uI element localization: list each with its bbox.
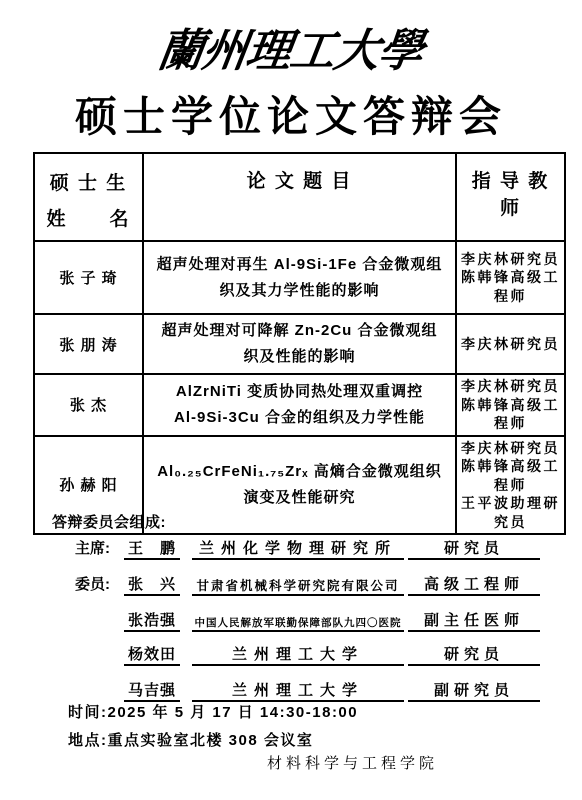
defense-schedule-table: 硕 士 生 姓 名 论 文 题 目 指 导 教 师 张 子 琦 超声处理对再生 … [33,152,566,535]
table-header-row: 硕 士 生 姓 名 论 文 题 目 指 导 教 师 [34,153,565,241]
table-row: 张 朋 涛 超声处理对可降解 Zn-2Cu 合金微观组 织及性能的影响 李庆林研… [34,314,565,374]
university-calligraphy-logo: 蘭州理工大學 [0,14,582,79]
member-name: 张浩强 [124,609,180,632]
advisor-names: 李庆林研究员 陈韩锋高级工程师 [456,241,565,314]
column-header-thesis-title: 论 文 题 目 [143,153,456,241]
member-affiliation: 兰州理工大学 [192,679,404,702]
member-affiliation: 甘肃省机械科学研究院有限公司 [192,573,404,596]
member-title: 副研究员 [408,679,540,702]
committee-section-heading: 答辩委员会组成: [52,511,166,532]
member-affiliation: 中国人民解放军联勤保障部队九四〇医院 [192,609,404,632]
committee-member-row: 委员: 张 兴 甘肃省机械科学研究院有限公司 高级工程师 [0,573,582,596]
member-name: 张 兴 [124,573,180,596]
thesis-title: Al₀.₂₅CrFeNi₁.₇₅Zrₓ 高熵合金微观组织 演变及性能研究 [143,436,456,535]
organizing-department: 材料科学与工程学院 [267,752,438,773]
member-role-label: 委员: [75,573,125,594]
event-location: 地点:重点实验室北楼 308 会议室 [68,729,313,750]
event-time: 时间:2025 年 5 月 17 日 14:30-18:00 [68,701,358,722]
student-header-line2: 姓 名 [38,202,139,238]
committee-member-row: 主席: 王 鹏 兰州化学物理研究所 研究员 [0,537,582,560]
member-title: 研究员 [408,643,540,666]
member-affiliation: 兰州化学物理研究所 [192,537,404,560]
defense-notice-page: 蘭州理工大學 硕士学位论文答辩会 硕 士 生 姓 名 论 文 题 目 指 导 教… [0,0,582,800]
table-row: 张 子 琦 超声处理对再生 Al-9Si-1Fe 合金微观组 织及其力学性能的影… [34,241,565,314]
thesis-title: 超声处理对可降解 Zn-2Cu 合金微观组 织及性能的影响 [143,314,456,374]
student-name: 张 子 琦 [34,241,143,314]
member-title: 高级工程师 [408,573,540,596]
member-name: 杨效田 [124,643,180,666]
member-title: 副主任医师 [408,609,540,632]
committee-member-row: 马吉强 兰州理工大学 副研究员 [0,679,582,702]
thesis-title: 超声处理对再生 Al-9Si-1Fe 合金微观组 织及其力学性能的影响 [143,241,456,314]
student-header-line1: 硕 士 生 [38,166,139,202]
member-name: 马吉强 [124,679,180,702]
committee-member-row: 杨效田 兰州理工大学 研究员 [0,643,582,666]
advisor-names: 李庆林研究员 [456,314,565,374]
committee-member-row: 张浩强 中国人民解放军联勤保障部队九四〇医院 副主任医师 [0,609,582,632]
page-title: 硕士学位论文答辩会 [0,84,582,144]
member-title: 研究员 [408,537,540,560]
member-name: 王 鹏 [124,537,180,560]
advisor-names: 李庆林研究员 陈韩锋高级工程师 [456,374,565,436]
thesis-title: AlZrNiTi 变质协同热处理双重调控 Al-9Si-3Cu 合金的组织及力学… [143,374,456,436]
student-name: 张 杰 [34,374,143,436]
table-row: 张 杰 AlZrNiTi 变质协同热处理双重调控 Al-9Si-3Cu 合金的组… [34,374,565,436]
student-name: 张 朋 涛 [34,314,143,374]
advisor-names: 李庆林研究员 陈韩锋高级工程师 王平波助理研究员 [456,436,565,535]
column-header-advisor: 指 导 教 师 [456,153,565,241]
member-affiliation: 兰州理工大学 [192,643,404,666]
column-header-student-name: 硕 士 生 姓 名 [34,153,143,241]
member-role-label: 主席: [75,537,125,558]
